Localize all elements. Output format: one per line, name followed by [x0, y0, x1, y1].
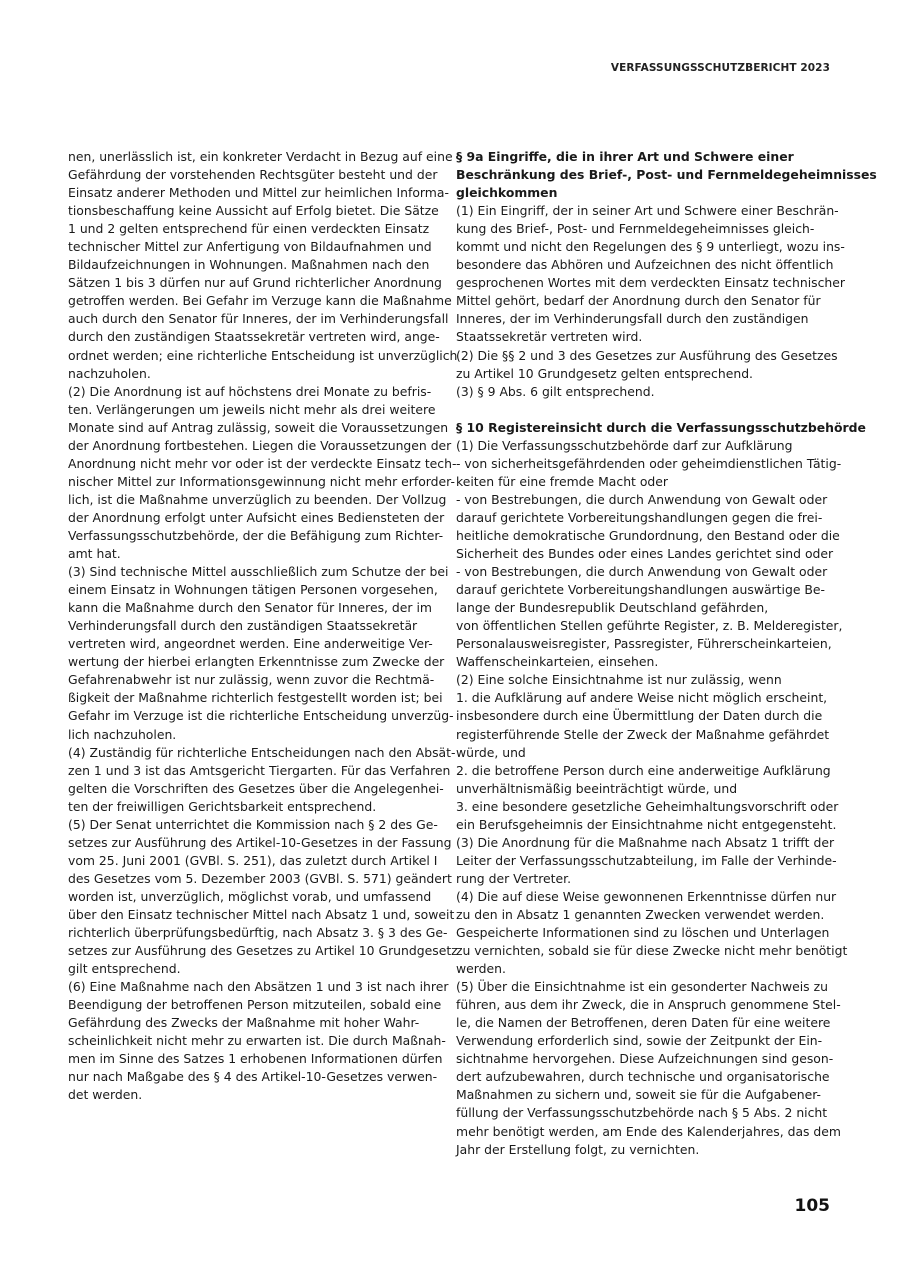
heading-line: gleichkommen: [456, 184, 836, 202]
text-line: ten der freiwilligen Gerichtsbarkeit ent…: [68, 798, 418, 816]
text-line: insbesondere durch eine Übermittlung der…: [456, 707, 836, 725]
text-line: Gefahr im Verzuge ist die richterliche E…: [68, 707, 418, 725]
text-line: Waffenscheinkarteien, einsehen.: [456, 653, 836, 671]
text-line: kann die Maßnahme durch den Senator für …: [68, 599, 418, 617]
text-line: lich, ist die Maßnahme unverzüglich zu b…: [68, 491, 418, 509]
text-line: nur nach Maßgabe des § 4 des Artikel-10-…: [68, 1068, 418, 1086]
text-line: (2) Die Anordnung ist auf höchstens drei…: [68, 383, 418, 401]
text-line: Staatssekretär vertreten wird.: [456, 328, 836, 346]
text-line: dert aufzubewahren, durch technische und…: [456, 1068, 836, 1086]
text-line: darauf gerichtete Vorbereitungshandlunge…: [456, 581, 836, 599]
text-line: technischer Mittel zur Anfertigung von B…: [68, 238, 418, 256]
text-line: ten. Verlängerungen um jeweils nicht meh…: [68, 401, 418, 419]
text-line: darauf gerichtete Vorbereitungshandlunge…: [456, 509, 836, 527]
text-line: lange der Bundesrepublik Deutschland gef…: [456, 599, 836, 617]
text-line: gesprochenen Wortes mit dem verdeckten E…: [456, 274, 836, 292]
text-line: ßigkeit der Maßnahme richterlich festges…: [68, 689, 418, 707]
text-line: (3) § 9 Abs. 6 gilt entsprechend.: [456, 383, 836, 401]
text-line: gilt entsprechend.: [68, 960, 418, 978]
text-line: kung des Brief-, Post- und Fernmeldegehe…: [456, 220, 836, 238]
text-line: Gefährdung des Zwecks der Maßnahme mit h…: [68, 1014, 418, 1032]
text-line: Beendigung der betroffenen Person mitzut…: [68, 996, 418, 1014]
text-line: zu vernichten, sobald sie für diese Zwec…: [456, 942, 836, 960]
text-line: Sätzen 1 bis 3 dürfen nur auf Grund rich…: [68, 274, 418, 292]
text-line: registerführende Stelle der Zweck der Ma…: [456, 726, 836, 744]
text-line: Sicherheit des Bundes oder eines Landes …: [456, 545, 836, 563]
text-line: - von sicherheitsgefährdenden oder gehei…: [456, 455, 836, 473]
text-line: 2. die betroffene Person durch eine ande…: [456, 762, 836, 780]
page-number: 105: [795, 1196, 831, 1216]
text-line: kommt und nicht den Regelungen des § 9 u…: [456, 238, 836, 256]
text-line: Personalausweisregister, Passregister, F…: [456, 635, 836, 653]
text-line: lich nachzuholen.: [68, 726, 418, 744]
text-line: zen 1 und 3 ist das Amtsgericht Tiergart…: [68, 762, 418, 780]
text-line: heitliche demokratische Grundordnung, de…: [456, 527, 836, 545]
section-9a-body: (1) Ein Eingriff, der in seiner Art und …: [456, 202, 836, 401]
text-line: einem Einsatz in Wohnungen tätigen Perso…: [68, 581, 418, 599]
text-line: (3) Sind technische Mittel ausschließlic…: [68, 563, 418, 581]
section-10: § 10 Registereinsicht durch die Verfassu…: [456, 419, 836, 1159]
text-line: zu den in Absatz 1 genannten Zwecken ver…: [456, 906, 836, 924]
text-line: Verhinderungsfall durch den zuständigen …: [68, 617, 418, 635]
text-line: vom 25. Juni 2001 (GVBl. S. 251), das zu…: [68, 852, 418, 870]
left-column: nen, unerlässlich ist, ein konkreter Ver…: [68, 148, 418, 1104]
text-line: - von Bestrebungen, die durch Anwendung …: [456, 563, 836, 581]
running-header: VERFASSUNGSSCHUTZBERICHT 2023: [611, 62, 830, 74]
text-line: mehr benötigt werden, am Ende des Kalend…: [456, 1123, 836, 1141]
text-line: Gefährdung der vorstehenden Rechtsgüter …: [68, 166, 418, 184]
text-line: auch durch den Senator für Inneres, der …: [68, 310, 418, 328]
text-line: ordnet werden; eine richterliche Entsche…: [68, 347, 418, 365]
text-line: Verwendung erforderlich sind, sowie der …: [456, 1032, 836, 1050]
section-10-body: (1) Die Verfassungsschutzbehörde darf zu…: [456, 437, 836, 1159]
text-line: (6) Eine Maßnahme nach den Absätzen 1 un…: [68, 978, 418, 996]
text-line: scheinlichkeit nicht mehr zu erwarten is…: [68, 1032, 418, 1050]
text-line: des Gesetzes vom 5. Dezember 2003 (GVBl.…: [68, 870, 418, 888]
text-line: (3) Die Anordnung für die Maßnahme nach …: [456, 834, 836, 852]
text-line: 1 und 2 gelten entsprechend für einen ve…: [68, 220, 418, 238]
text-line: (5) Der Senat unterrichtet die Kommissio…: [68, 816, 418, 834]
text-line: Monate sind auf Antrag zulässig, soweit …: [68, 419, 418, 437]
text-line: besondere das Abhören und Aufzeichnen de…: [456, 256, 836, 274]
text-line: nen, unerlässlich ist, ein konkreter Ver…: [68, 148, 418, 166]
text-line: Anordnung nicht mehr vor oder ist der ve…: [68, 455, 418, 473]
text-line: zu Artikel 10 Grundgesetz gelten entspre…: [456, 365, 836, 383]
text-line: sichtnahme hervorgehen. Diese Aufzeichnu…: [456, 1050, 836, 1068]
text-line: worden ist, unverzüglich, möglichst vora…: [68, 888, 418, 906]
text-line: ein Berufsgeheimnis der Einsichtnahme ni…: [456, 816, 836, 834]
text-line: rung der Vertreter.: [456, 870, 836, 888]
text-line: der Anordnung erfolgt unter Aufsicht ein…: [68, 509, 418, 527]
text-line: Maßnahmen zu sichern und, soweit sie für…: [456, 1086, 836, 1104]
text-line: (4) Zuständig für richterliche Entscheid…: [68, 744, 418, 762]
text-line: (5) Über die Einsichtnahme ist ein geson…: [456, 978, 836, 996]
text-line: werden.: [456, 960, 836, 978]
text-line: wertung der hierbei erlangten Erkenntnis…: [68, 653, 418, 671]
text-line: - von Bestrebungen, die durch Anwendung …: [456, 491, 836, 509]
text-line: füllung der Verfassungsschutzbehörde nac…: [456, 1104, 836, 1122]
text-line: Inneres, der im Verhinderungsfall durch …: [456, 310, 836, 328]
text-line: Bildaufzeichnungen in Wohnungen. Maßnahm…: [68, 256, 418, 274]
text-line: (4) Die auf diese Weise gewonnenen Erken…: [456, 888, 836, 906]
text-line: (2) Die §§ 2 und 3 des Gesetzes zur Ausf…: [456, 347, 836, 365]
text-line: Verfassungsschutzbehörde, der die Befähi…: [68, 527, 418, 545]
text-line: Gespeicherte Informationen sind zu lösch…: [456, 924, 836, 942]
text-line: men im Sinne des Satzes 1 erhobenen Info…: [68, 1050, 418, 1068]
text-line: über den Einsatz technischer Mittel nach…: [68, 906, 418, 924]
text-line: (2) Eine solche Einsichtnahme ist nur zu…: [456, 671, 836, 689]
text-line: (1) Die Verfassungsschutzbehörde darf zu…: [456, 437, 836, 455]
text-line: Gefahrenabwehr ist nur zulässig, wenn zu…: [68, 671, 418, 689]
text-line: le, die Namen der Betroffenen, deren Dat…: [456, 1014, 836, 1032]
text-line: setzes zur Ausführung des Artikel-10-Ges…: [68, 834, 418, 852]
text-line: durch den zuständigen Staatssekretär ver…: [68, 328, 418, 346]
text-line: würde, und: [456, 744, 836, 762]
text-line: tionsbeschaffung keine Aussicht auf Erfo…: [68, 202, 418, 220]
text-line: Einsatz anderer Methoden und Mittel zur …: [68, 184, 418, 202]
text-line: amt hat.: [68, 545, 418, 563]
text-line: 1. die Aufklärung auf andere Weise nicht…: [456, 689, 836, 707]
text-line: gelten die Vorschriften des Gesetzes übe…: [68, 780, 418, 798]
text-line: setzes zur Ausführung des Gesetzes zu Ar…: [68, 942, 418, 960]
text-line: getroffen werden. Bei Gefahr im Verzuge …: [68, 292, 418, 310]
text-line: nischer Mittel zur Informationsgewinnung…: [68, 473, 418, 491]
text-line: Jahr der Erstellung folgt, zu vernichten…: [456, 1141, 836, 1159]
section-spacer: [456, 401, 836, 419]
section-9a-heading: § 9a Eingriffe, die in ihrer Art und Sch…: [456, 148, 836, 202]
text-line: Leiter der Verfassungsschutzabteilung, i…: [456, 852, 836, 870]
section-9a: § 9a Eingriffe, die in ihrer Art und Sch…: [456, 148, 836, 401]
text-line: führen, aus dem ihr Zweck, die in Anspru…: [456, 996, 836, 1014]
text-line: richterlich überprüfungsbedürftig, nach …: [68, 924, 418, 942]
text-line: keiten für eine fremde Macht oder: [456, 473, 836, 491]
text-line: der Anordnung fortbestehen. Liegen die V…: [68, 437, 418, 455]
heading-line: § 9a Eingriffe, die in ihrer Art und Sch…: [456, 148, 836, 166]
text-line: 3. eine besondere gesetzliche Geheimhalt…: [456, 798, 836, 816]
section-10-heading: § 10 Registereinsicht durch die Verfassu…: [456, 419, 836, 437]
heading-line: Beschränkung des Brief-, Post- und Fernm…: [456, 166, 836, 184]
text-line: Mittel gehört, bedarf der Anordnung durc…: [456, 292, 836, 310]
text-line: unverhältnismäßig beeinträchtigt würde, …: [456, 780, 836, 798]
text-line: (1) Ein Eingriff, der in seiner Art und …: [456, 202, 836, 220]
text-line: nachzuholen.: [68, 365, 418, 383]
right-column: § 9a Eingriffe, die in ihrer Art und Sch…: [456, 148, 836, 1159]
text-line: von öffentlichen Stellen geführte Regist…: [456, 617, 836, 635]
text-line: vertreten wird, angeordnet werden. Eine …: [68, 635, 418, 653]
text-line: det werden.: [68, 1086, 418, 1104]
